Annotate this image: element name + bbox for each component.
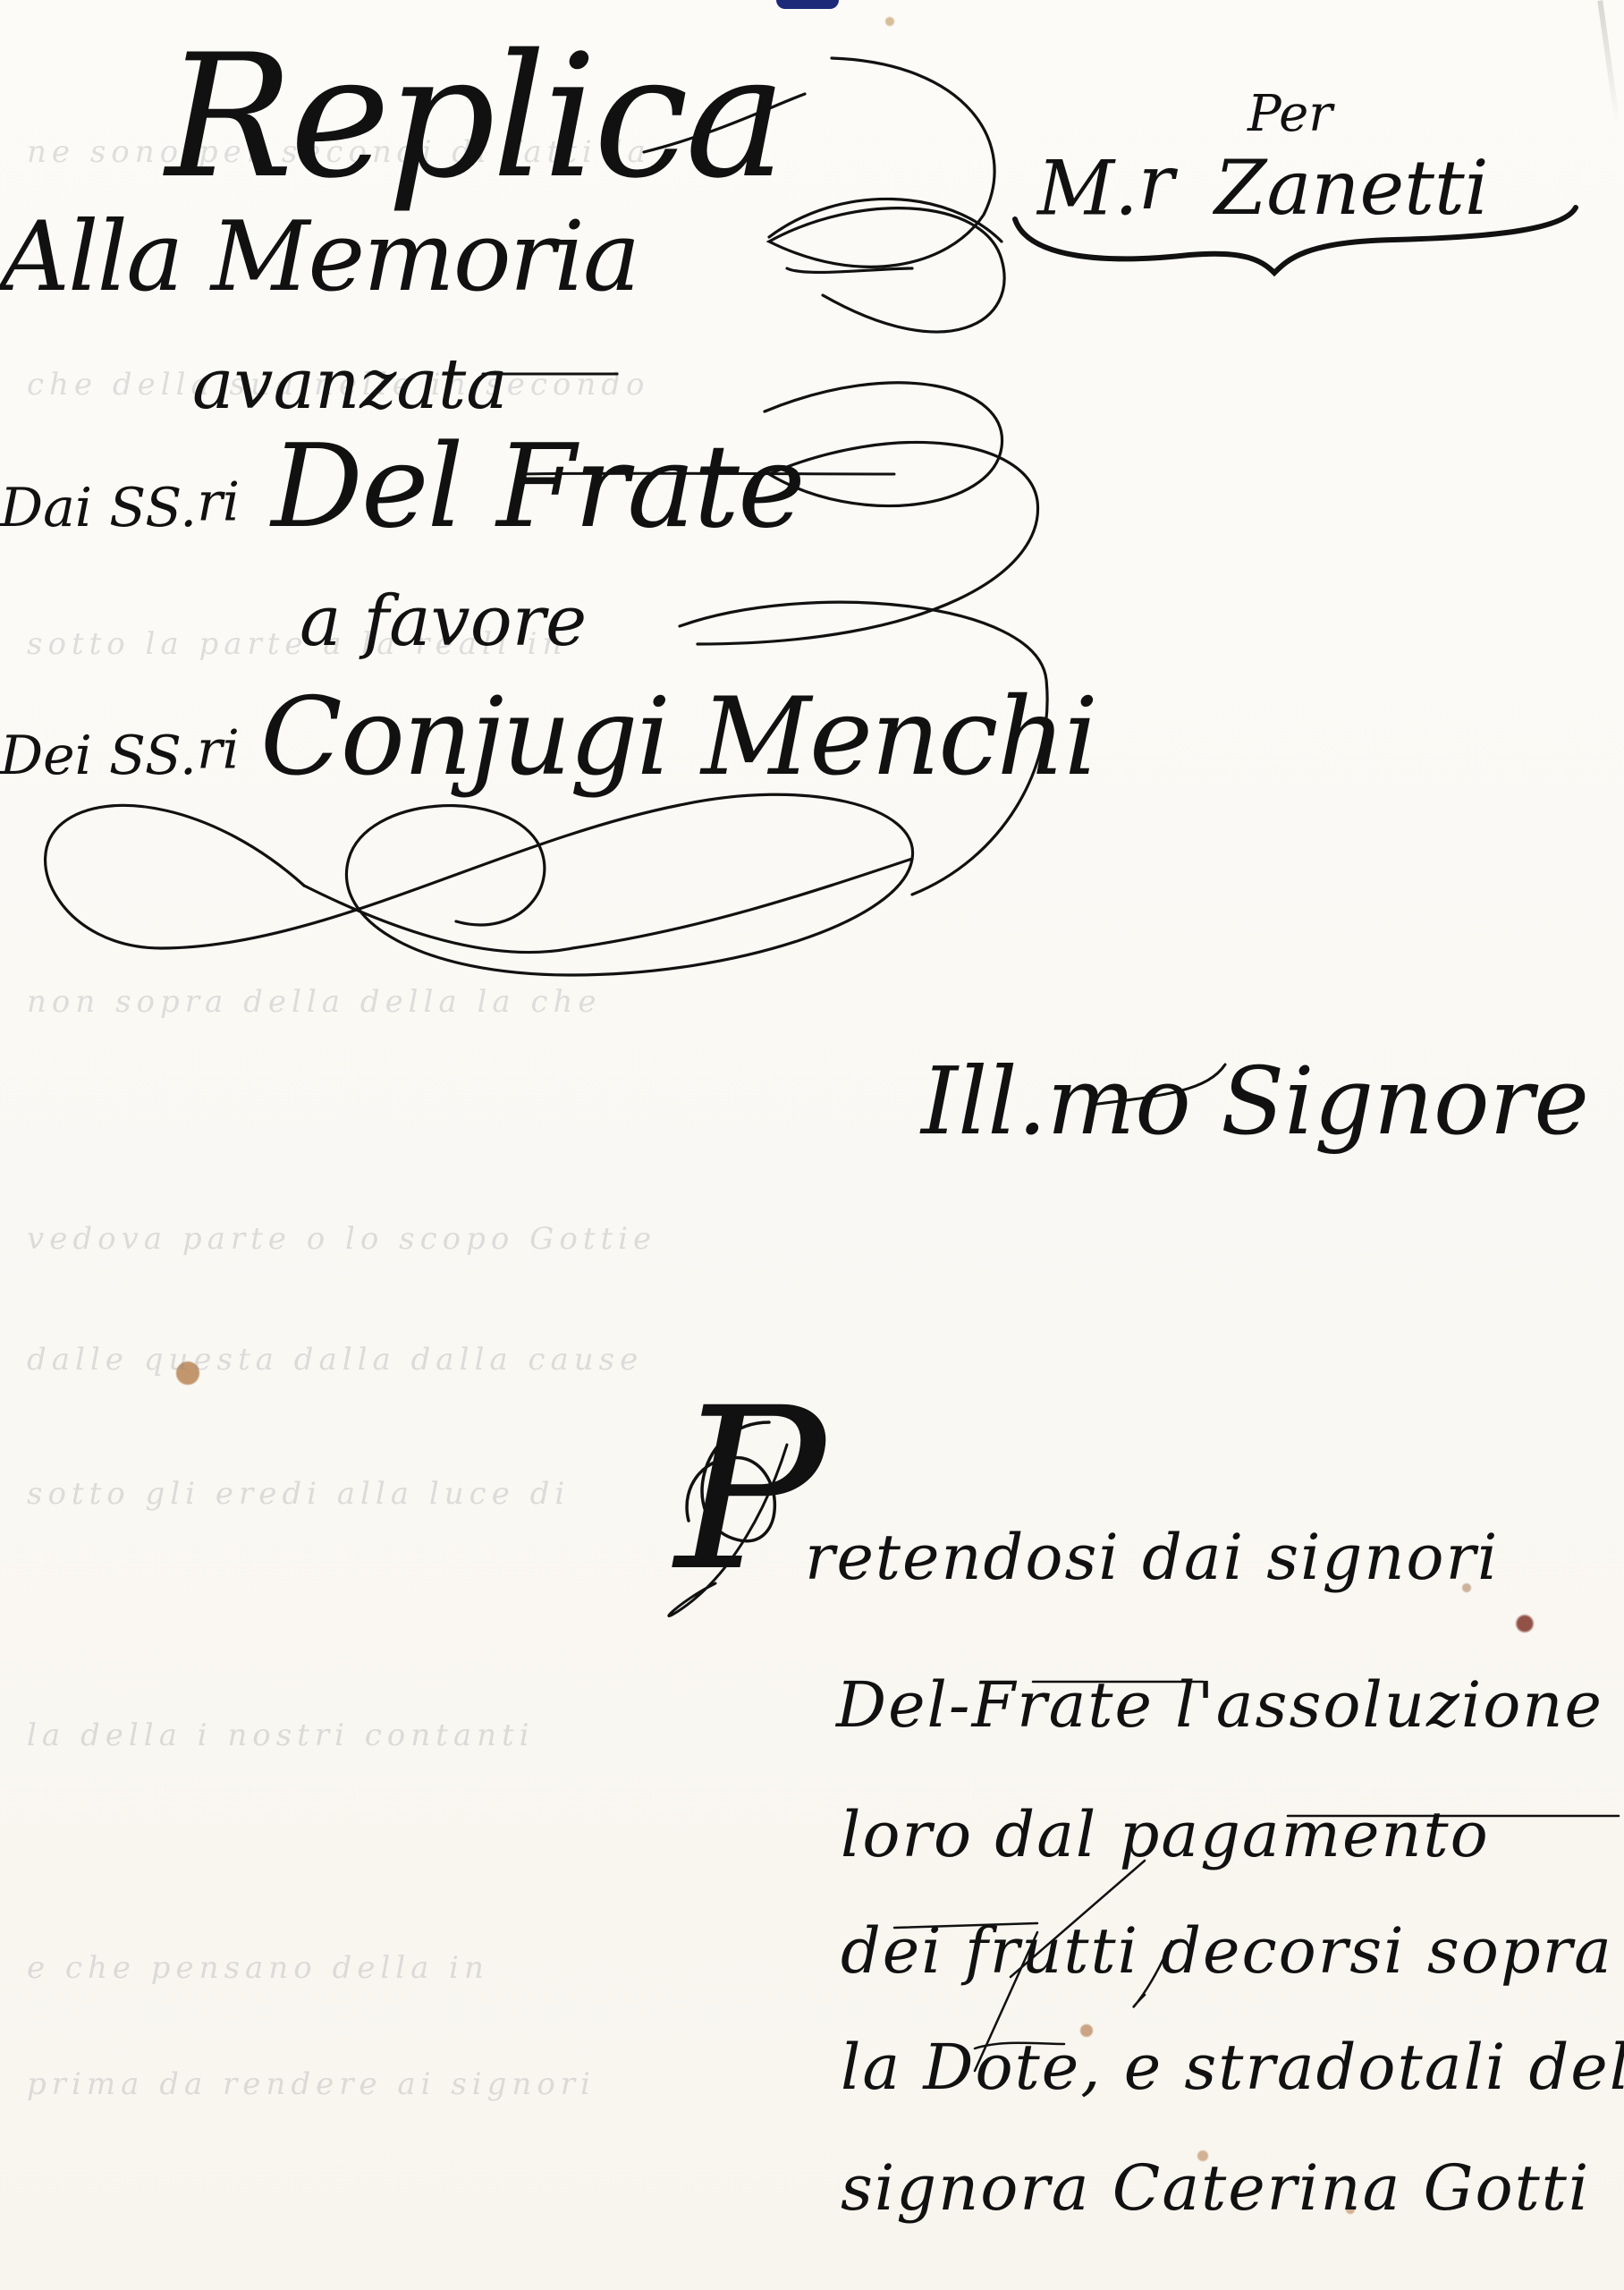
title-dei-prefix: Dei SS. — [0, 725, 197, 787]
body-dropcap: P — [675, 1360, 825, 1620]
title-conjugi-menchi: Conjugi Menchi — [260, 675, 1096, 800]
body-line-3: loro dal pagamento — [841, 1798, 1490, 1871]
bleed-line: sotto gli eredi alla luce di — [27, 1476, 570, 1512]
bleed-line: e che pensano della in — [27, 1950, 489, 1986]
title-replica: Replica — [165, 18, 782, 216]
body-line-2: Del-Frate l'assoluzione — [836, 1668, 1603, 1742]
bleed-line: vedova parte o lo scopo Gottie — [27, 1221, 656, 1257]
bleed-line: non sopra della della la che — [27, 984, 602, 1020]
bleed-line: dalle questa dalla dalla cause — [27, 1342, 643, 1378]
title-dai-prefix: Dai SS. — [0, 477, 197, 539]
body-line-6: signora Caterina Gotti — [841, 2151, 1590, 2225]
title-a-favore: a favore — [300, 581, 587, 662]
addressee-title: M. — [1037, 144, 1138, 232]
blue-ink-mark — [776, 0, 839, 9]
title-del-frate: Del Frate — [271, 420, 804, 554]
title-dai-prefix-sup: ri — [197, 471, 240, 534]
addressee-title-sup: r — [1138, 139, 1174, 226]
title-dai-del-frate: Dai SS.ri Del Frate — [0, 420, 804, 554]
title-avanzata: avanzata — [192, 344, 508, 425]
addressee-line: M.r Zanetti — [1037, 139, 1489, 232]
title-dei-conjugi-menchi: Dei SS.ri Conjugi Menchi — [0, 675, 1096, 800]
body-line-5: la Dote, e stradotali dell — [841, 2031, 1624, 2104]
addressee-name: Zanetti — [1214, 144, 1489, 232]
body-line-4: dei frutti decorsi sopra — [841, 1914, 1613, 1988]
title-alla-memoria: Alla Memoria — [0, 201, 639, 313]
salutation: Ill.mo Signore — [921, 1047, 1589, 1156]
addressee-per: Per — [1248, 85, 1332, 143]
bleed-line: prima da rendere ai signori — [27, 2066, 596, 2102]
bleed-line: la della i nostri contanti — [27, 1717, 535, 1753]
title-dei-prefix-sup: ri — [197, 719, 240, 782]
body-line-1: retendosi dai signori — [805, 1521, 1499, 1594]
